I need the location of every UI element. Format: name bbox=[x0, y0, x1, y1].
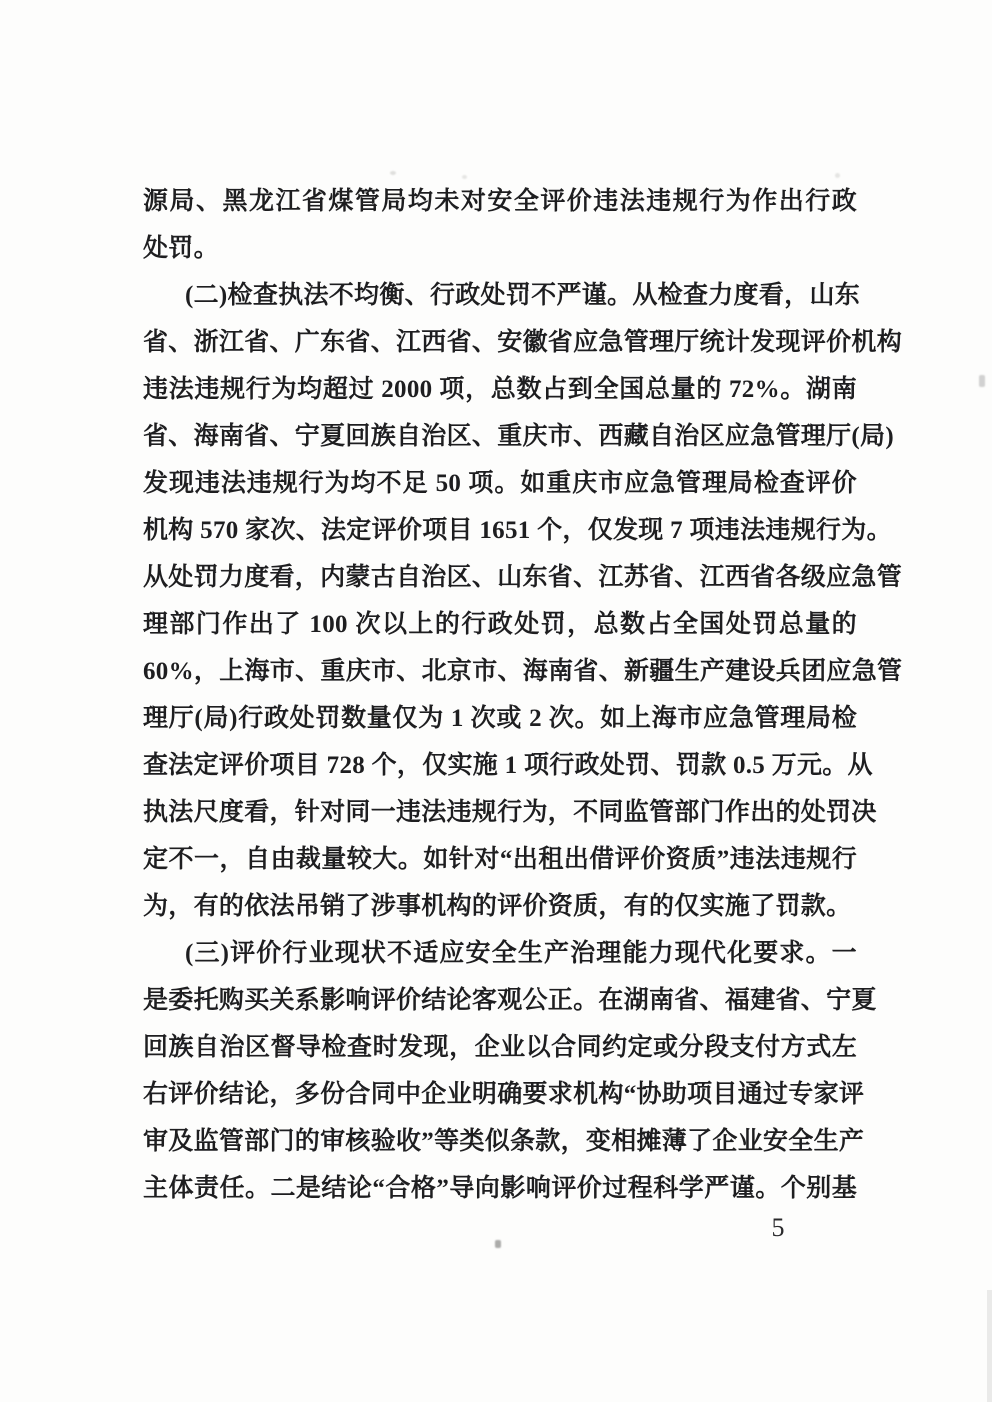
text-line: 违法违规行为均超过 2000 项，总数占到全国总量的 72%。湖南 bbox=[143, 366, 857, 413]
text-line: 主体责任。二是结论“合格”导向影响评价过程科学严谨。个别基 bbox=[143, 1165, 857, 1212]
text-line: 处罚。 bbox=[143, 225, 857, 272]
text-line: 回族自治区督导检查时发现，企业以合同约定或分段支付方式左 bbox=[143, 1024, 857, 1071]
text-line: (三)评价行业现状不适应安全生产治理能力现代化要求。一 bbox=[143, 930, 857, 977]
text-line: 源局、黑龙江省煤管局均未对安全评价违法违规行为作出行政 bbox=[143, 178, 857, 225]
text-line: 省、浙江省、广东省、江西省、安徽省应急管理厅统计发现评价机构 bbox=[143, 319, 857, 366]
text-line: 定不一，自由裁量较大。如针对“出租出借评价资质”违法违规行 bbox=[143, 836, 857, 883]
text-line: 理厅(局)行政处罚数量仅为 1 次或 2 次。如上海市应急管理局检 bbox=[143, 695, 857, 742]
scan-noise-speck bbox=[495, 1240, 501, 1248]
text-line: 执法尺度看，针对同一违法违规行为，不同监管部门作出的处罚决 bbox=[143, 789, 857, 836]
text-line: 是委托购买关系影响评价结论客观公正。在湖南省、福建省、宁夏 bbox=[143, 977, 857, 1024]
text-line: 右评价结论，多份合同中企业明确要求机构“协助项目通过专家评 bbox=[143, 1071, 857, 1118]
text-line: 从处罚力度看，内蒙古自治区、山东省、江苏省、江西省各级应急管 bbox=[143, 554, 857, 601]
paragraph: 源局、黑龙江省煤管局均未对安全评价违法违规行为作出行政处罚。 bbox=[143, 178, 857, 272]
text-line: 60%，上海市、重庆市、北京市、海南省、新疆生产建设兵团应急管 bbox=[143, 648, 857, 695]
text-line: 理部门作出了 100 次以上的行政处罚，总数占全国处罚总量的 bbox=[143, 601, 857, 648]
scan-noise-speck bbox=[979, 375, 985, 387]
paragraph: (三)评价行业现状不适应安全生产治理能力现代化要求。一是委托购买关系影响评价结论… bbox=[143, 930, 857, 1212]
page-number: 5 bbox=[743, 1208, 813, 1248]
text-line: 机构 570 家次、法定评价项目 1651 个，仅发现 7 项违法违规行为。 bbox=[143, 507, 857, 554]
text-line: (二)检查执法不均衡、行政处罚不严谨。从检查力度看，山东 bbox=[143, 272, 857, 319]
document-page: 源局、黑龙江省煤管局均未对安全评价违法违规行为作出行政处罚。(二)检查执法不均衡… bbox=[0, 0, 992, 1402]
text-line: 审及监管部门的审核验收”等类似条款，变相摊薄了企业安全生产 bbox=[143, 1118, 857, 1165]
text-line: 为，有的依法吊销了涉事机构的评价资质，有的仅实施了罚款。 bbox=[143, 883, 857, 930]
text-line: 省、海南省、宁夏回族自治区、重庆市、西藏自治区应急管理厅(局) bbox=[143, 413, 857, 460]
scan-edge-shade bbox=[987, 1290, 992, 1402]
body-text: 源局、黑龙江省煤管局均未对安全评价违法违规行为作出行政处罚。(二)检查执法不均衡… bbox=[143, 178, 857, 1212]
scan-noise-speck bbox=[390, 171, 396, 175]
text-line: 查法定评价项目 728 个，仅实施 1 项行政处罚、罚款 0.5 万元。从 bbox=[143, 742, 857, 789]
paragraph: (二)检查执法不均衡、行政处罚不严谨。从检查力度看，山东省、浙江省、广东省、江西… bbox=[143, 272, 857, 930]
text-line: 发现违法违规行为均不足 50 项。如重庆市应急管理局检查评价 bbox=[143, 460, 857, 507]
